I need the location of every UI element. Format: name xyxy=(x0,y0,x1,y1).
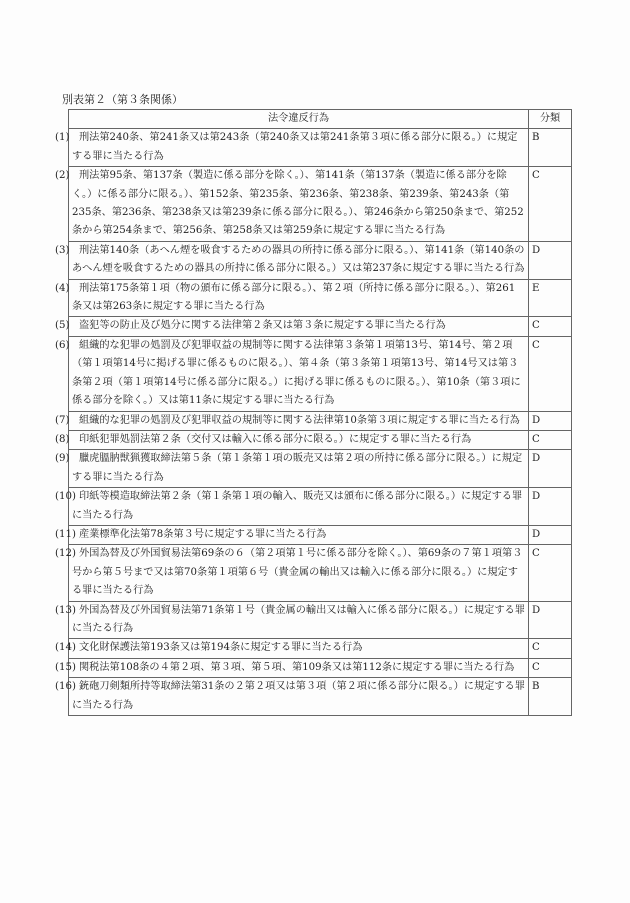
violation-text: 産業標準化法第78条第３号に規定する罪に当たる行為 xyxy=(79,529,326,540)
classification-cell: D xyxy=(529,411,572,430)
item-number: (13) xyxy=(55,602,79,620)
violations-table: 法令違反行為 分類 (1)刑法第240条、第241条又は第243条（第240条又… xyxy=(68,109,572,716)
violation-act-cell: (12)外国為替及び外国貿易法第69条の６（第２項第１号に係る部分を除く。）、第… xyxy=(69,545,529,601)
header-classification: 分類 xyxy=(529,110,572,129)
classification-cell: C xyxy=(529,545,572,601)
violation-text: 組織的な犯罪の処罰及び犯罪収益の規制等に関する法律第３条第１項第13号、第14号… xyxy=(72,340,521,406)
violation-act-cell: (3)刑法第140条（あへん煙を吸食するための器具の所持に係る部分に限る。）、第… xyxy=(69,241,529,279)
violation-text: 文化財保護法第193条又は第194条に規定する罪に当たる行為 xyxy=(79,642,362,653)
classification-cell: C xyxy=(529,336,572,411)
classification-cell: B xyxy=(529,678,572,716)
violation-act-cell: (4)刑法第175条第１項（物の頒布に係る部分に限る。）、第２項（所持に係る部分… xyxy=(69,279,529,317)
table-title: 別表第２（第３条関係） xyxy=(62,92,183,108)
table-row: (4)刑法第175条第１項（物の頒布に係る部分に限る。）、第２項（所持に係る部分… xyxy=(69,279,572,317)
item-number: (3) xyxy=(55,242,79,260)
table-body: (1)刑法第240条、第241条又は第243条（第240条又は第241条第３項に… xyxy=(69,129,572,716)
violation-text: 外国為替及び外国貿易法第69条の６（第２項第１号に係る部分を除く。）、第69条の… xyxy=(72,548,522,596)
violation-text: 刑法第175条第１項（物の頒布に係る部分に限る。）、第２項（所持に係る部分に限る… xyxy=(72,283,515,312)
item-number: (1) xyxy=(55,129,79,147)
table-row: (2)刑法第95条、第137条（製造に係る部分を除く。）、第141条（第137条… xyxy=(69,167,572,242)
violation-act-cell: (13)外国為替及び外国貿易法第71条第１号（貴金属の輸出又は輸入に係る部分に限… xyxy=(69,601,529,639)
classification-cell: D xyxy=(529,525,572,544)
violation-text: 盗犯等の防止及び処分に関する法律第２条又は第３条に規定する罪に当たる行為 xyxy=(79,320,446,331)
item-number: (11) xyxy=(55,526,79,544)
violation-text: 臘虎膃肭獣猟獲取締法第５条（第１条第１項の販売又は第２項の所持に係る部分に限る。… xyxy=(72,453,522,482)
classification-cell: C xyxy=(529,317,572,336)
table-row: (7)組織的な犯罪の処罰及び犯罪収益の規制等に関する法律第10条第３項に規定する… xyxy=(69,411,572,430)
classification-cell: D xyxy=(529,601,572,639)
item-number: (10) xyxy=(55,488,79,506)
violation-text: 外国為替及び外国貿易法第71条第１号（貴金属の輸出又は輸入に係る部分に限る。）に… xyxy=(72,605,525,634)
violation-text: 刑法第95条、第137条（製造に係る部分を除く。）、第141条（第137条（製造… xyxy=(72,170,524,236)
violation-text: 刑法第240条、第241条又は第243条（第240条又は第241条第３項に係る部… xyxy=(72,132,518,161)
table-row: (3)刑法第140条（あへん煙を吸食するための器具の所持に係る部分に限る。）、第… xyxy=(69,241,572,279)
classification-cell: E xyxy=(529,279,572,317)
item-number: (8) xyxy=(55,431,79,449)
table-row: (6)組織的な犯罪の処罰及び犯罪収益の規制等に関する法律第３条第１項第13号、第… xyxy=(69,336,572,411)
violation-act-cell: (14)文化財保護法第193条又は第194条に規定する罪に当たる行為 xyxy=(69,639,529,658)
violation-act-cell: (5)盗犯等の防止及び処分に関する法律第２条又は第３条に規定する罪に当たる行為 xyxy=(69,317,529,336)
table-row: (8)印紙犯罪処罰法第２条（交付又は輸入に係る部分に限る。）に規定する罪に当たる… xyxy=(69,430,572,449)
violation-act-cell: (7)組織的な犯罪の処罰及び犯罪収益の規制等に関する法律第10条第３項に規定する… xyxy=(69,411,529,430)
classification-cell: C xyxy=(529,167,572,242)
violation-text: 関税法第108条の４第２項、第３項、第５項、第109条又は第112条に規定する罪… xyxy=(79,662,514,673)
item-number: (12) xyxy=(55,545,79,563)
violation-act-cell: (15)関税法第108条の４第２項、第３項、第５項、第109条又は第112条に規… xyxy=(69,658,529,677)
item-number: (9) xyxy=(55,450,79,468)
item-number: (15) xyxy=(55,659,79,677)
table-row: (1)刑法第240条、第241条又は第243条（第240条又は第241条第３項に… xyxy=(69,129,572,167)
violation-act-cell: (6)組織的な犯罪の処罰及び犯罪収益の規制等に関する法律第３条第１項第13号、第… xyxy=(69,336,529,411)
violation-act-cell: (9)臘虎膃肭獣猟獲取締法第５条（第１条第１項の販売又は第２項の所持に係る部分に… xyxy=(69,450,529,488)
violation-text: 組織的な犯罪の処罰及び犯罪収益の規制等に関する法律第10条第３項に規定する罪に当… xyxy=(79,415,520,426)
violation-act-cell: (2)刑法第95条、第137条（製造に係る部分を除く。）、第141条（第137条… xyxy=(69,167,529,242)
table-row: (10)印紙等模造取締法第２条（第１条第１項の輸入、販売又は頒布に係る部分に限る… xyxy=(69,488,572,526)
violation-act-cell: (10)印紙等模造取締法第２条（第１条第１項の輸入、販売又は頒布に係る部分に限る… xyxy=(69,488,529,526)
violation-text: 銃砲刀剣類所持等取締法第31条の２第２項又は第３項（第２項に係る部分に限る。）に… xyxy=(72,681,525,710)
classification-cell: D xyxy=(529,450,572,488)
violation-act-cell: (8)印紙犯罪処罰法第２条（交付又は輸入に係る部分に限る。）に規定する罪に当たる… xyxy=(69,430,529,449)
classification-cell: D xyxy=(529,488,572,526)
table-row: (13)外国為替及び外国貿易法第71条第１号（貴金属の輸出又は輸入に係る部分に限… xyxy=(69,601,572,639)
violation-act-cell: (1)刑法第240条、第241条又は第243条（第240条又は第241条第３項に… xyxy=(69,129,529,167)
header-violation-act: 法令違反行為 xyxy=(69,110,529,129)
item-number: (2) xyxy=(55,167,79,185)
item-number: (6) xyxy=(55,337,79,355)
violation-text: 刑法第140条（あへん煙を吸食するための器具の所持に係る部分に限る。）、第141… xyxy=(72,245,524,274)
table-row: (15)関税法第108条の４第２項、第３項、第５項、第109条又は第112条に規… xyxy=(69,658,572,677)
table-row: (9)臘虎膃肭獣猟獲取締法第５条（第１条第１項の販売又は第２項の所持に係る部分に… xyxy=(69,450,572,488)
violation-act-cell: (11)産業標準化法第78条第３号に規定する罪に当たる行為 xyxy=(69,525,529,544)
classification-cell: C xyxy=(529,658,572,677)
table-row: (11)産業標準化法第78条第３号に規定する罪に当たる行為D xyxy=(69,525,572,544)
item-number: (5) xyxy=(55,317,79,335)
classification-cell: D xyxy=(529,241,572,279)
violation-act-cell: (16)銃砲刀剣類所持等取締法第31条の２第２項又は第３項（第２項に係る部分に限… xyxy=(69,678,529,716)
item-number: (14) xyxy=(55,639,79,657)
table-row: (16)銃砲刀剣類所持等取締法第31条の２第２項又は第３項（第２項に係る部分に限… xyxy=(69,678,572,716)
table-row: (14)文化財保護法第193条又は第194条に規定する罪に当たる行為C xyxy=(69,639,572,658)
classification-cell: B xyxy=(529,129,572,167)
table-header-row: 法令違反行為 分類 xyxy=(69,110,572,129)
classification-cell: C xyxy=(529,430,572,449)
item-number: (4) xyxy=(55,280,79,298)
violation-text: 印紙等模造取締法第２条（第１条第１項の輸入、販売又は頒布に係る部分に限る。）に規… xyxy=(72,491,522,520)
classification-cell: C xyxy=(529,639,572,658)
item-number: (7) xyxy=(55,412,79,430)
table-row: (5)盗犯等の防止及び処分に関する法律第２条又は第３条に規定する罪に当たる行為C xyxy=(69,317,572,336)
item-number: (16) xyxy=(55,678,79,696)
table-row: (12)外国為替及び外国貿易法第69条の６（第２項第１号に係る部分を除く。）、第… xyxy=(69,545,572,601)
violation-text: 印紙犯罪処罰法第２条（交付又は輸入に係る部分に限る。）に規定する罪に当たる行為 xyxy=(79,434,471,445)
